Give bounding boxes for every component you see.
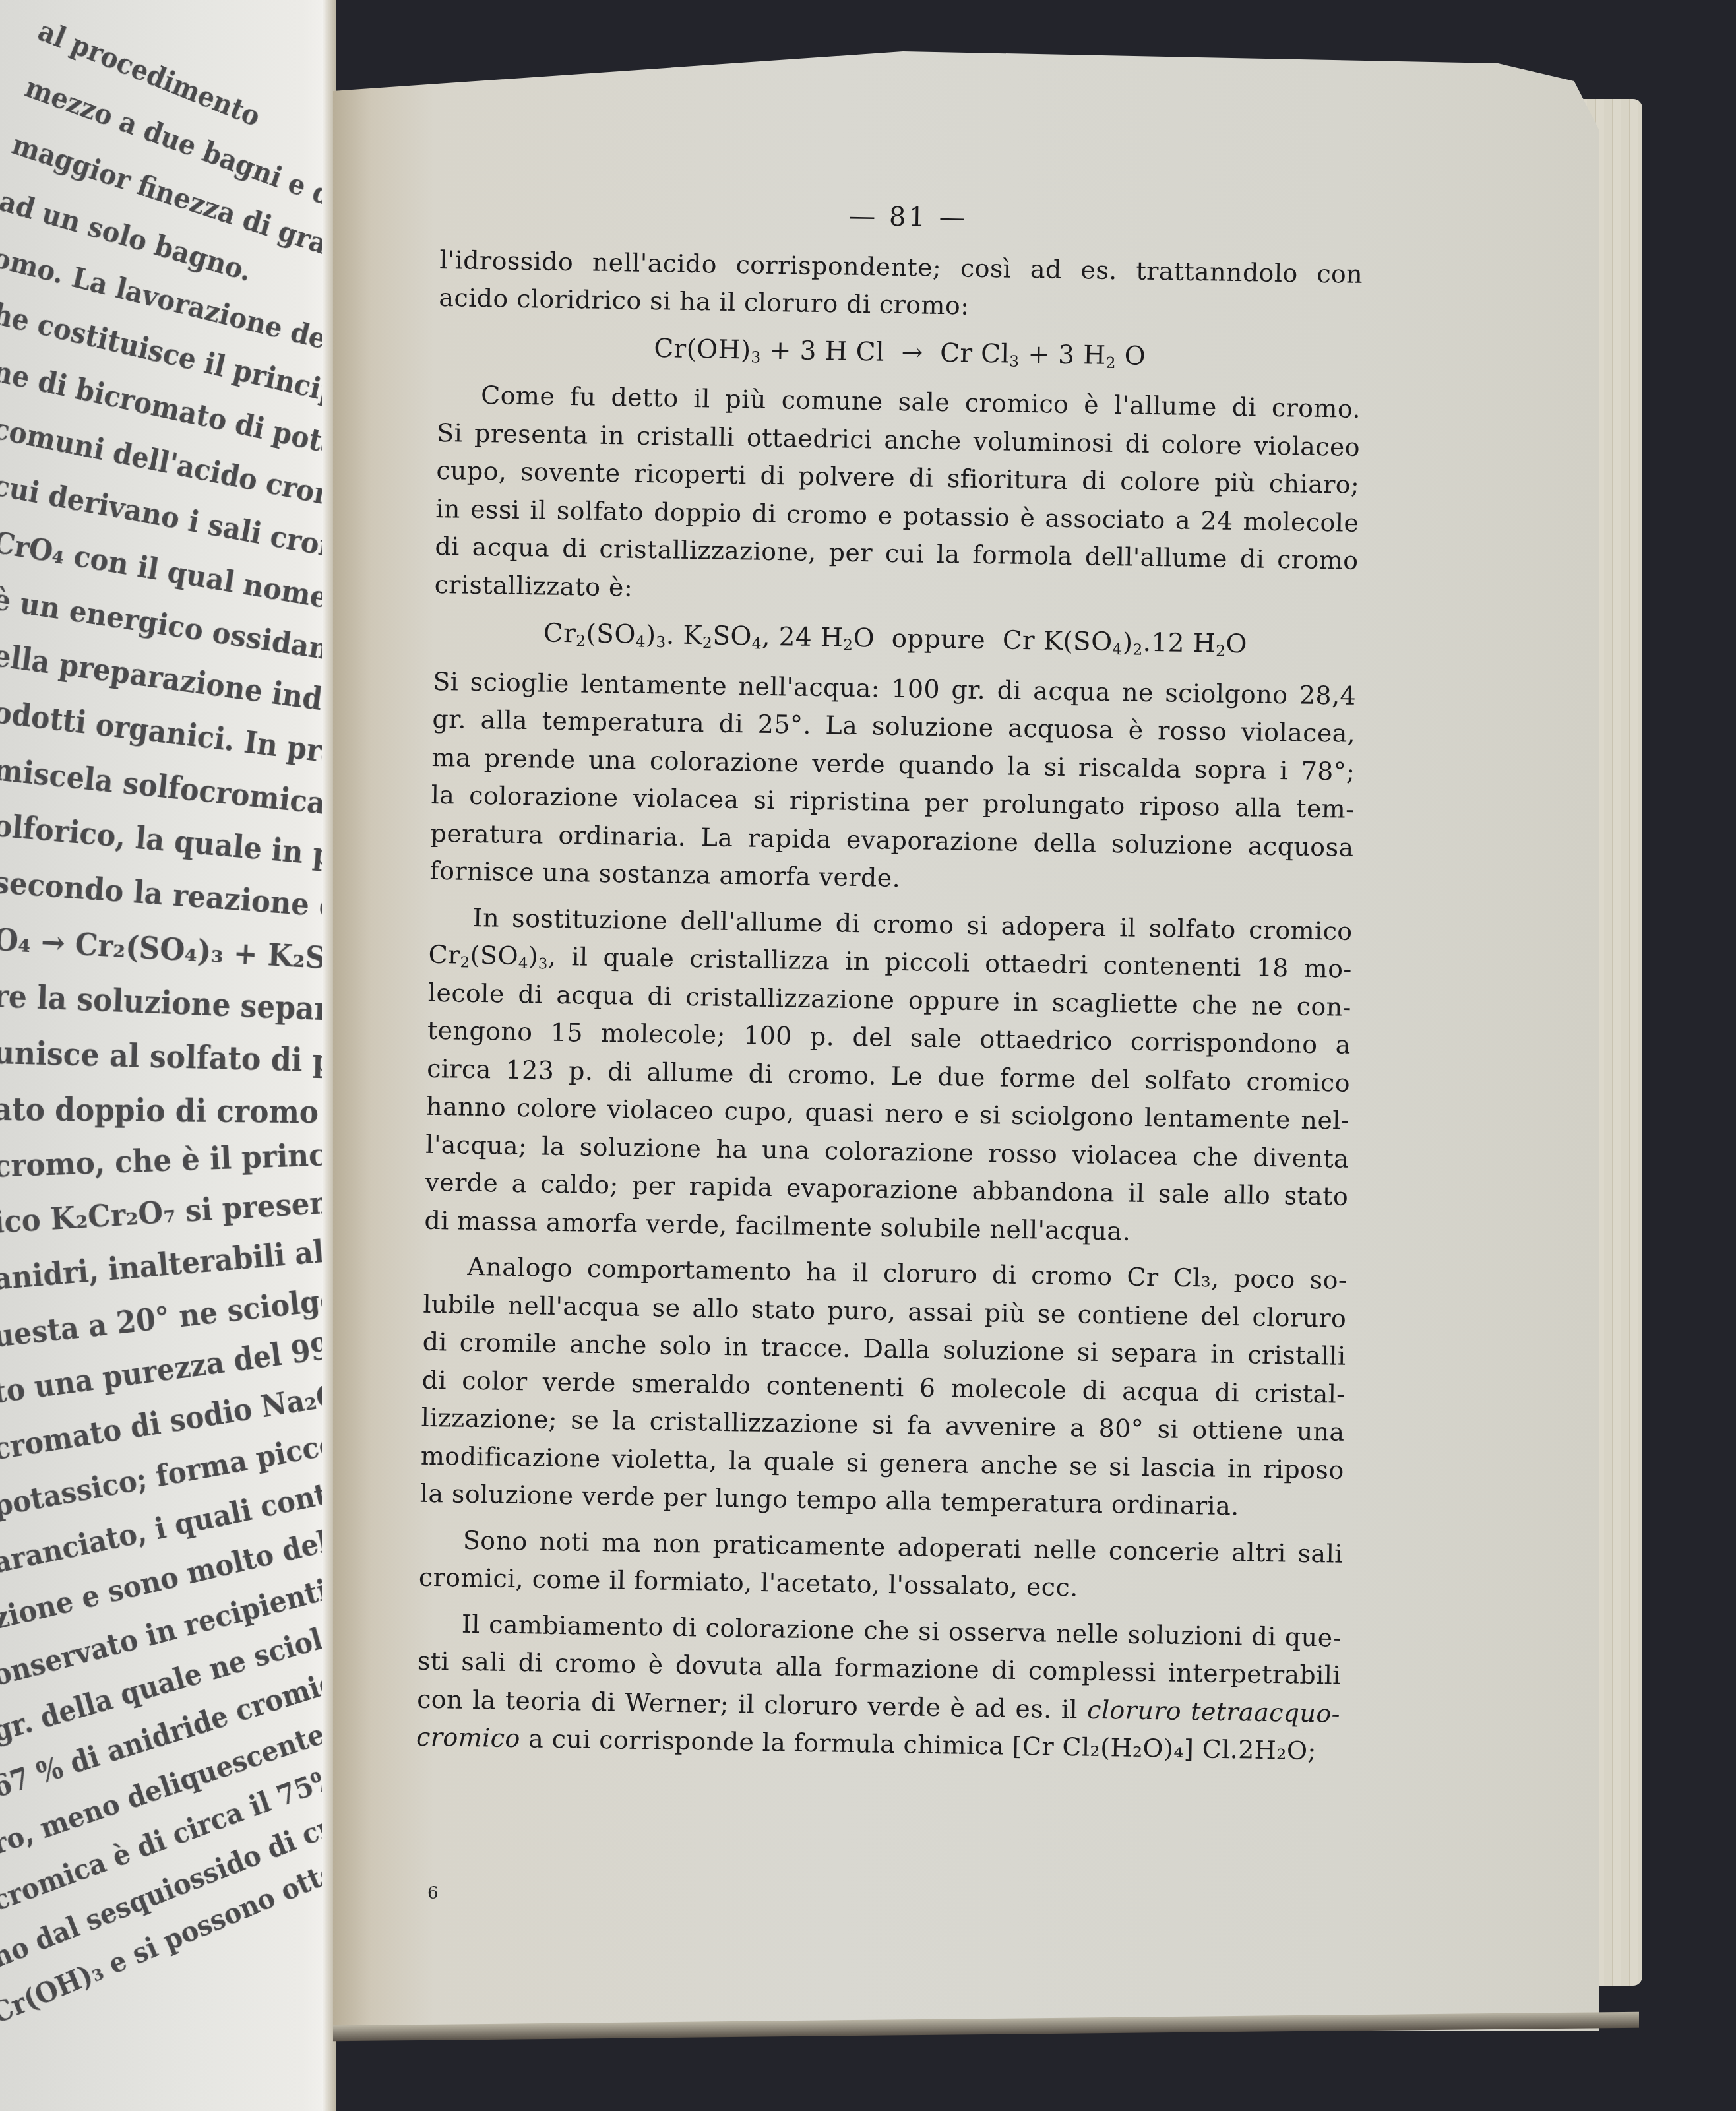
left-page-text-fragment: re la soluzione separata dal xyxy=(0,978,328,1032)
paragraph-3: Si scioglie lentamente nell'acqua: 100 g… xyxy=(429,662,1356,904)
paragraph-1: l'idrossido nell'acido corrispondente; c… xyxy=(439,241,1363,331)
chemical-formula-chrome-alum: Cr2(SO4)3. K2SO4, 24 H2O oppure Cr K(SO4… xyxy=(433,613,1357,665)
page-content: — 81 — l'idrossido nell'acido corrispond… xyxy=(416,191,1364,1771)
left-page-text-fragment: secondo la reazione chimica xyxy=(0,864,328,933)
chemical-equation-chromium-hydroxide: Cr(OH)3 + 3 H Cl → Cr Cl3 + 3 H2 O xyxy=(438,326,1362,378)
paragraph-6: Sono noti ma non praticamente adoperati … xyxy=(419,1521,1344,1611)
signature-mark: 6 xyxy=(427,1883,439,1903)
left-page-text-fragment: unisce al solfato di potassio xyxy=(0,1034,328,1083)
left-page-text-fragment: cromo, che è il principale sale xyxy=(0,1131,328,1185)
paragraph-7: Il cambiamento di colorazione che si oss… xyxy=(416,1604,1342,1771)
paragraph-5: Analogo comportamento ha il cloruro di c… xyxy=(420,1247,1348,1527)
left-facing-page: al procedimentomezzo a due bagni e dimag… xyxy=(0,0,328,2111)
left-page-text-fragment: O₄ → Cr₂(SO₄)₃ + K₂SO₄ + 4 H₂O xyxy=(0,921,328,986)
paragraph-2: Come fu detto il più comune sale cromico… xyxy=(434,376,1361,618)
left-page-text-fragment: ato doppio di cromo e potassio xyxy=(0,1091,328,1133)
paragraph-4: In sostituzione dell'allume di cromo si … xyxy=(424,898,1353,1253)
